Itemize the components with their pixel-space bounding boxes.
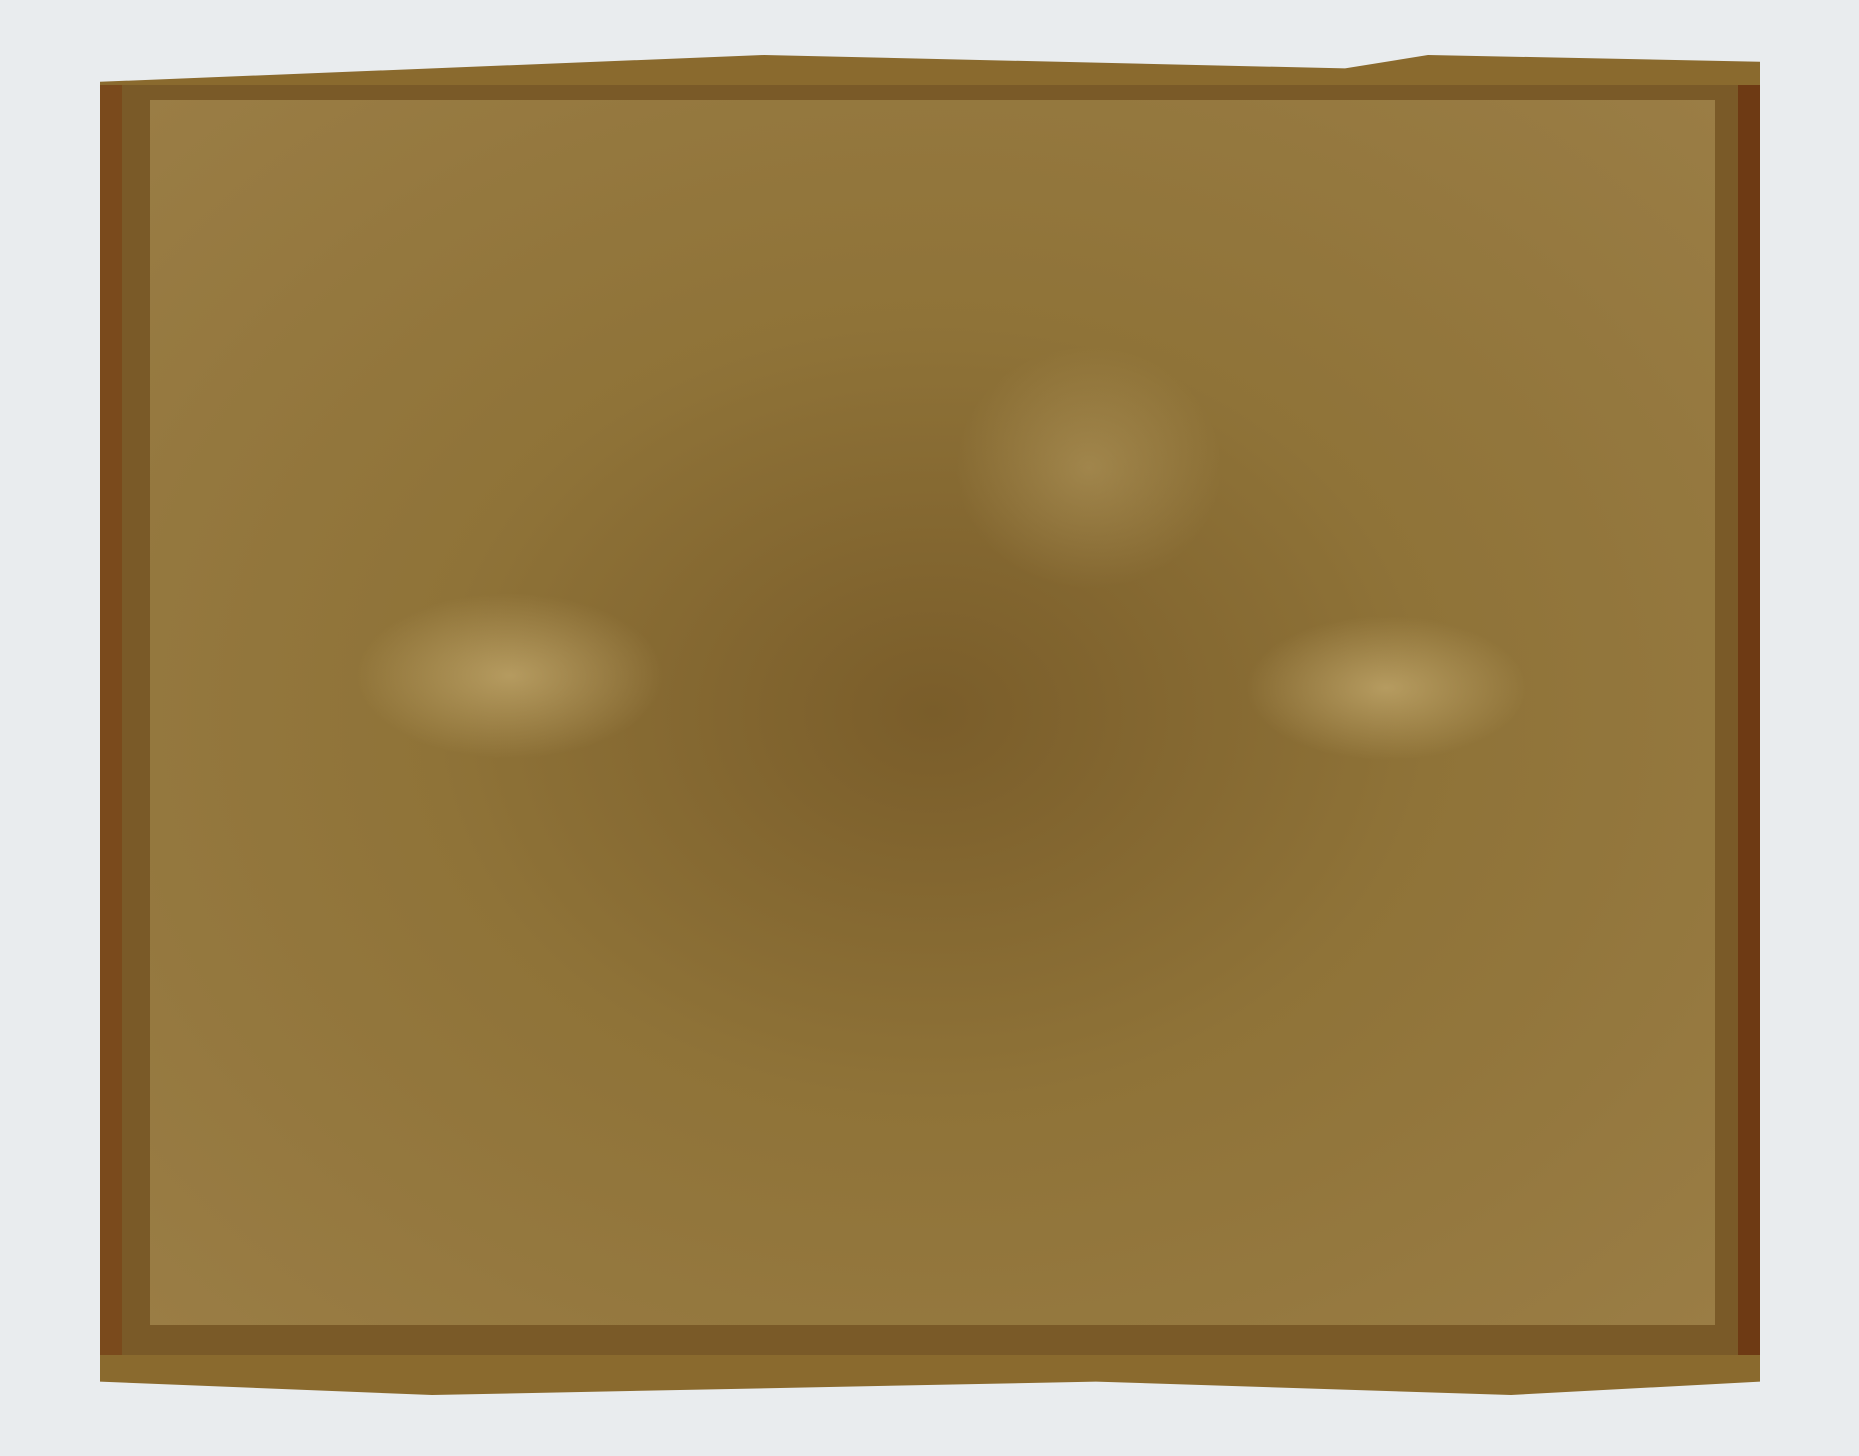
paper-backing — [150, 100, 1715, 1325]
aged-paper-sheet — [100, 55, 1760, 1395]
pencil-marks — [1686, 285, 1700, 485]
right-edge-border — [1738, 85, 1760, 1355]
left-edge-border — [100, 85, 122, 1355]
